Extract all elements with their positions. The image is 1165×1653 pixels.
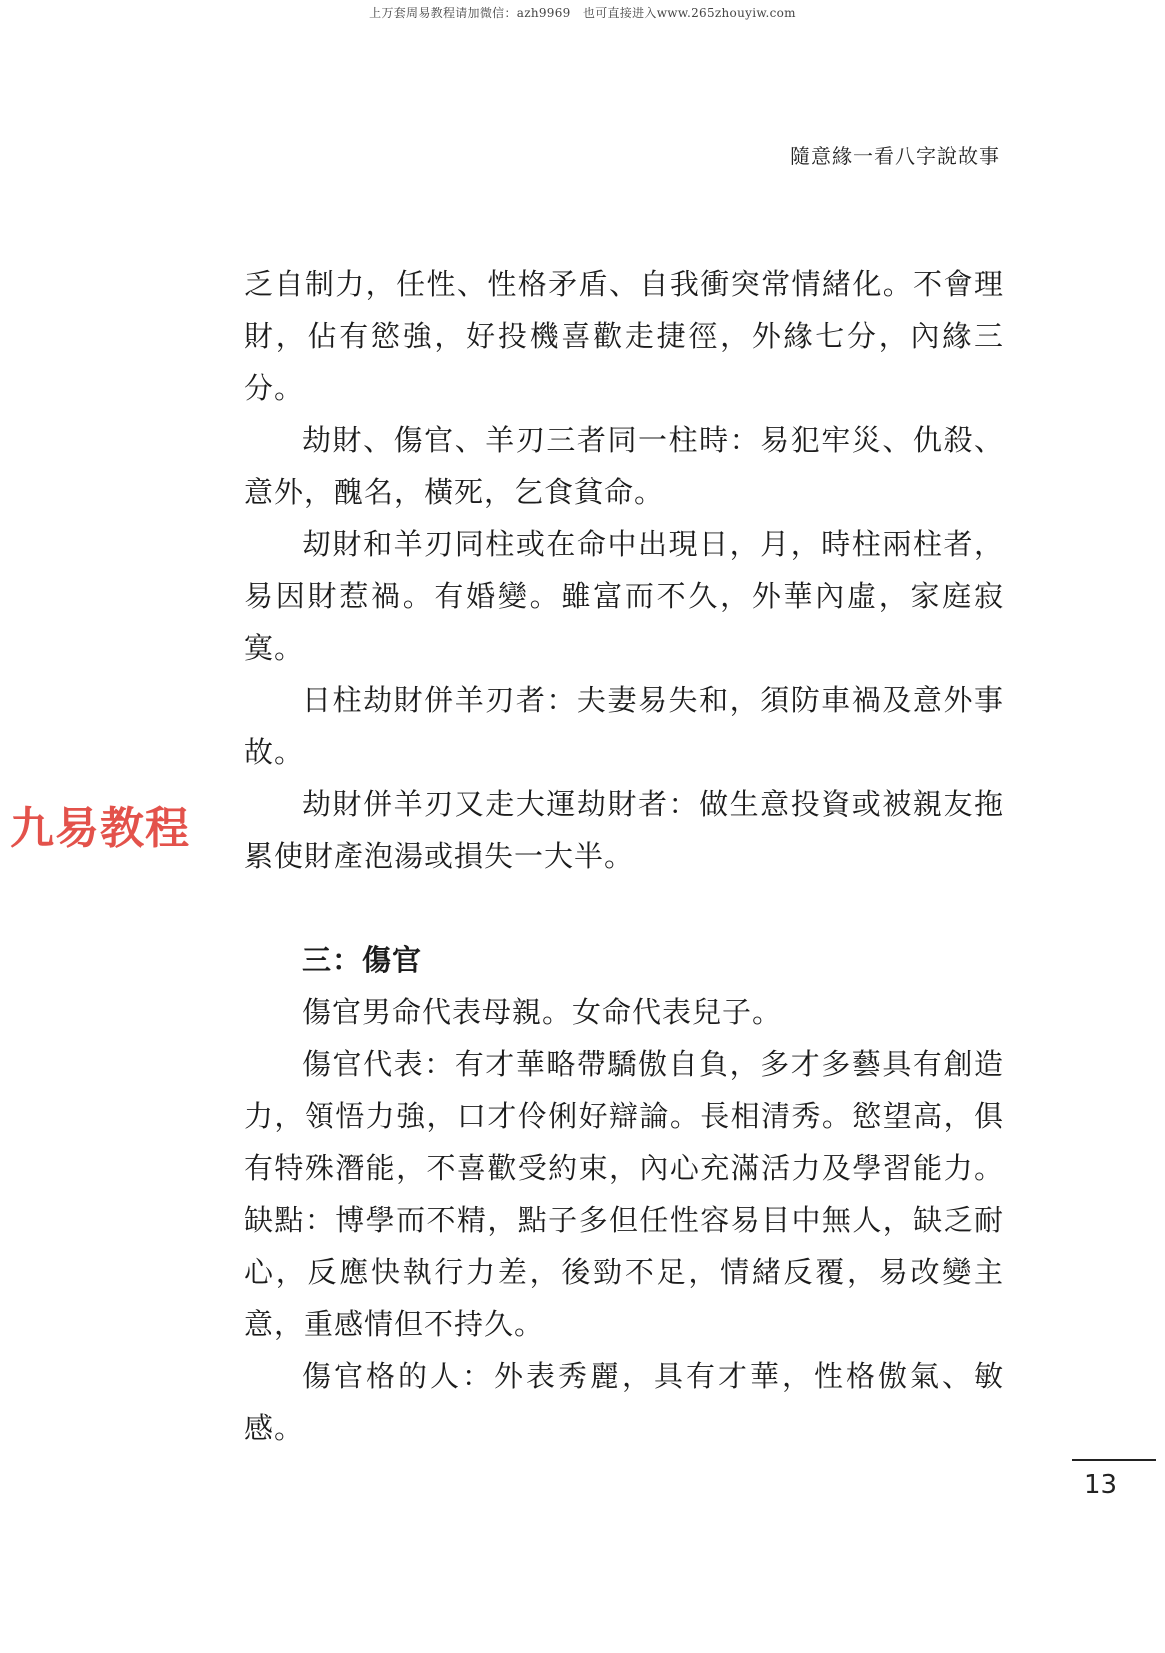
paragraph: 乏自制力，任性、性格矛盾、自我衝突常情緒化。不會理財，佔有慾強，好投機喜歡走捷徑… xyxy=(244,258,1004,414)
watermark-logo: 九易教程 xyxy=(10,792,190,856)
section-heading: 三：傷官 xyxy=(244,934,1004,986)
section-spacer xyxy=(244,882,1004,934)
paragraph: 傷官格的人：外表秀麗，具有才華，性格傲氣、敏感。 xyxy=(244,1350,1004,1454)
paragraph: 日柱劫財併羊刃者：夫妻易失和，須防車禍及意外事故。 xyxy=(244,674,1004,778)
running-header-title: 隨意緣一看八字說故事 xyxy=(790,140,1000,169)
page-number: 13 xyxy=(1084,1470,1117,1500)
paragraph: 劫財、傷官、羊刃三者同一柱時：易犯牢災、仇殺、意外，醜名，橫死，乞食貧命。 xyxy=(244,414,1004,518)
paragraph: 刧財和羊刃同柱或在命中出現日，月，時柱兩柱者，易因財惹禍。有婚變。雖富而不久，外… xyxy=(244,518,1004,674)
paragraph: 劫財併羊刃又走大運劫財者：做生意投資或被親友拖累使財產泡湯或損失一大半。 xyxy=(244,778,1004,882)
paragraph: 傷官男命代表母親。女命代表兒子。 xyxy=(244,986,1004,1038)
watermark-banner: 上万套周易教程请加微信：azh9969 也可直接进入www.265zhouyiw… xyxy=(0,4,1165,21)
page-body: 乏自制力，任性、性格矛盾、自我衝突常情緒化。不會理財，佔有慾強，好投機喜歡走捷徑… xyxy=(244,258,1004,1454)
page-number-rule xyxy=(1072,1459,1156,1461)
paragraph: 傷官代表：有才華略帶驕傲自負，多才多藝具有創造力，領悟力強，口才伶俐好辯論。長相… xyxy=(244,1038,1004,1350)
